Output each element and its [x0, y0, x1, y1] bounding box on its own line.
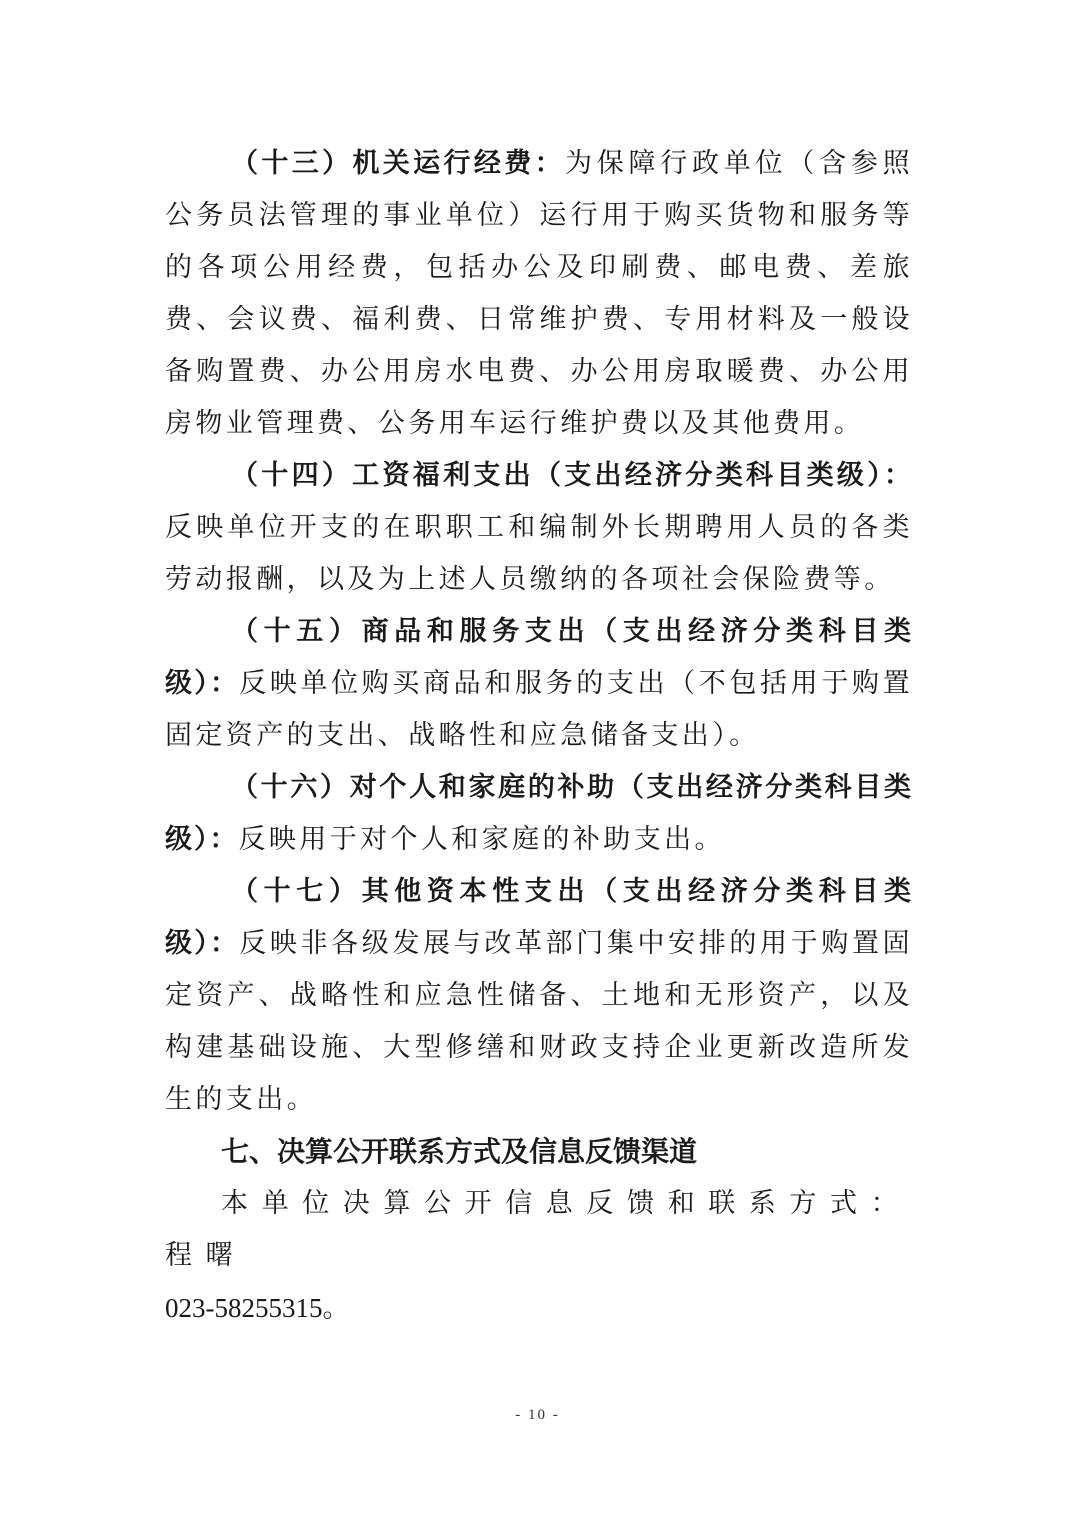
definition-body: 反映单位购买商品和服务的支出（不包括用于购置固定资产的支出、战略性和应急储备支出… [165, 668, 913, 751]
contact-phone: 023-58255315。 [165, 1282, 913, 1334]
definition-body: 反映用于对个人和家庭的补助支出。 [239, 824, 725, 855]
section-heading: 七、决算公开联系方式及信息反馈渠道 [165, 1126, 913, 1178]
definition-item-17: （十七）其他资本性支出（支出经济分类科目类级）：反映非各级发展与改革部门集中安排… [165, 866, 913, 1126]
definition-item-16: （十六）对个人和家庭的补助（支出经济分类科目类级）：反映用于对个人和家庭的补助支… [165, 762, 913, 866]
definition-body: 为保障行政单位（含参照公务员法管理的事业单位）运行用于购买货物和服务等的各项公用… [165, 148, 913, 439]
definition-body: 反映单位开支的在职职工和编制外长期聘用人员的各类劳动报酬，以及为上述人员缴纳的各… [165, 512, 913, 595]
definition-term: （十三）机关运行经费： [231, 148, 565, 179]
definition-body: 反映非各级发展与改革部门集中安排的用于购置固定资产、战略性和应急性储备、土地和无… [165, 928, 913, 1115]
definition-item-15: （十五）商品和服务支出（支出经济分类科目类级）：反映单位购买商品和服务的支出（不… [165, 606, 913, 762]
contact-text: 本单位决算公开信息反馈和联系方式：程曙 [165, 1178, 913, 1282]
page-number: - 10 - [0, 1407, 1075, 1424]
document-page: （十三）机关运行经费：为保障行政单位（含参照公务员法管理的事业单位）运行用于购买… [165, 138, 913, 1334]
definition-item-13: （十三）机关运行经费：为保障行政单位（含参照公务员法管理的事业单位）运行用于购买… [165, 138, 913, 450]
definition-term: （十四）工资福利支出（支出经济分类科目类级）： [231, 460, 913, 491]
definition-item-14: （十四）工资福利支出（支出经济分类科目类级）：反映单位开支的在职职工和编制外长期… [165, 450, 913, 606]
